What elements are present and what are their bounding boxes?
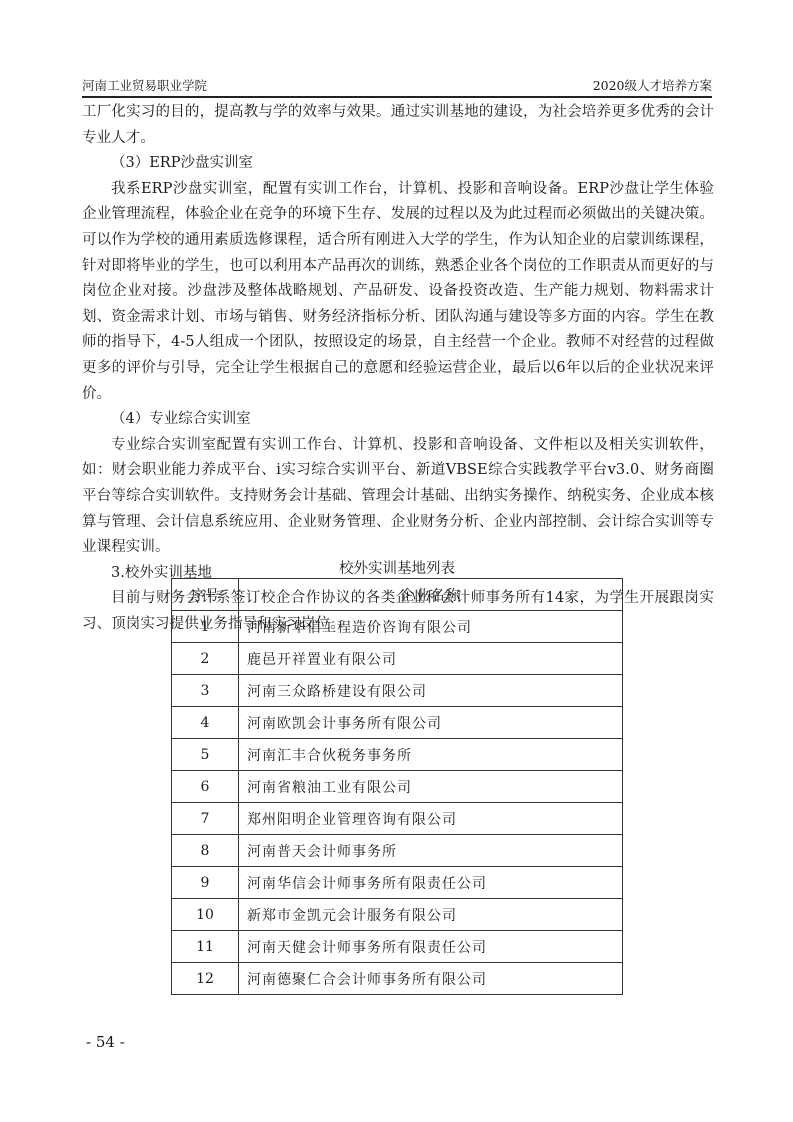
cell-company-name: 新郑市金凯元会计服务有限公司 bbox=[239, 899, 623, 931]
header-document-title: 2020级人才培养方案 bbox=[593, 76, 712, 94]
table-header-row: 序号 企业名称 bbox=[172, 579, 623, 611]
section-heading-comprehensive: （4）专业综合实训室 bbox=[82, 407, 714, 433]
paragraph-comprehensive: 专业综合实训室配置有实训工作台、计算机、投影和音响设备、文件柜以及相关实训软件，… bbox=[82, 433, 714, 561]
cell-company-name: 鹿邑开祥置业有限公司 bbox=[239, 643, 623, 675]
table-row: 2鹿邑开祥置业有限公司 bbox=[172, 643, 623, 675]
table-row: 8河南普天会计师事务所 bbox=[172, 835, 623, 867]
cell-company-name: 河南汇丰合伙税务事务所 bbox=[239, 739, 623, 771]
cell-number: 11 bbox=[172, 931, 239, 963]
cell-company-name: 河南普天会计师事务所 bbox=[239, 835, 623, 867]
table-row: 11河南天健会计师事务所有限责任公司 bbox=[172, 931, 623, 963]
cell-number: 2 bbox=[172, 643, 239, 675]
page-number: - 54 - bbox=[86, 1033, 125, 1051]
table-row: 1河南新华信工程造价咨询有限公司 bbox=[172, 611, 623, 643]
header-institution: 河南工业贸易职业学院 bbox=[82, 76, 207, 94]
cell-number: 9 bbox=[172, 867, 239, 899]
table-row: 5河南汇丰合伙税务事务所 bbox=[172, 739, 623, 771]
cell-number: 7 bbox=[172, 803, 239, 835]
table-caption: 校外实训基地列表 bbox=[171, 557, 623, 578]
cell-number: 6 bbox=[172, 771, 239, 803]
training-base-table: 序号 企业名称 1河南新华信工程造价咨询有限公司2鹿邑开祥置业有限公司3河南三众… bbox=[171, 578, 623, 995]
column-header-company: 企业名称 bbox=[239, 579, 623, 611]
cell-company-name: 河南华信会计师事务所有限责任公司 bbox=[239, 867, 623, 899]
section-heading-erp: （3）ERP沙盘实训室 bbox=[82, 151, 714, 177]
table-row: 7郑州阳明企业管理咨询有限公司 bbox=[172, 803, 623, 835]
cell-company-name: 河南德聚仁合会计师事务所有限公司 bbox=[239, 963, 623, 995]
table-row: 3河南三众路桥建设有限公司 bbox=[172, 675, 623, 707]
paragraph-erp: 我系ERP沙盘实训室，配置有实训工作台，计算机、投影和音响设备。ERP沙盘让学生… bbox=[82, 177, 714, 407]
cell-company-name: 郑州阳明企业管理咨询有限公司 bbox=[239, 803, 623, 835]
cell-company-name: 河南欧凯会计事务所有限公司 bbox=[239, 707, 623, 739]
table-row: 9河南华信会计师事务所有限责任公司 bbox=[172, 867, 623, 899]
cell-number: 3 bbox=[172, 675, 239, 707]
cell-number: 1 bbox=[172, 611, 239, 643]
column-header-number: 序号 bbox=[172, 579, 239, 611]
cell-company-name: 河南新华信工程造价咨询有限公司 bbox=[239, 611, 623, 643]
cell-number: 10 bbox=[172, 899, 239, 931]
table-row: 6河南省粮油工业有限公司 bbox=[172, 771, 623, 803]
cell-number: 4 bbox=[172, 707, 239, 739]
paragraph-continued: 工厂化实习的目的，提高教与学的效率与效果。通过实训基地的建设，为社会培养更多优秀… bbox=[82, 100, 714, 151]
cell-number: 8 bbox=[172, 835, 239, 867]
cell-number: 12 bbox=[172, 963, 239, 995]
page-header: 河南工业贸易职业学院 2020级人才培养方案 bbox=[82, 74, 712, 98]
cell-number: 5 bbox=[172, 739, 239, 771]
table-row: 12河南德聚仁合会计师事务所有限公司 bbox=[172, 963, 623, 995]
cell-company-name: 河南省粮油工业有限公司 bbox=[239, 771, 623, 803]
table-row: 4河南欧凯会计事务所有限公司 bbox=[172, 707, 623, 739]
table-body: 1河南新华信工程造价咨询有限公司2鹿邑开祥置业有限公司3河南三众路桥建设有限公司… bbox=[172, 611, 623, 995]
cell-company-name: 河南三众路桥建设有限公司 bbox=[239, 675, 623, 707]
cell-company-name: 河南天健会计师事务所有限责任公司 bbox=[239, 931, 623, 963]
table-row: 10新郑市金凯元会计服务有限公司 bbox=[172, 899, 623, 931]
